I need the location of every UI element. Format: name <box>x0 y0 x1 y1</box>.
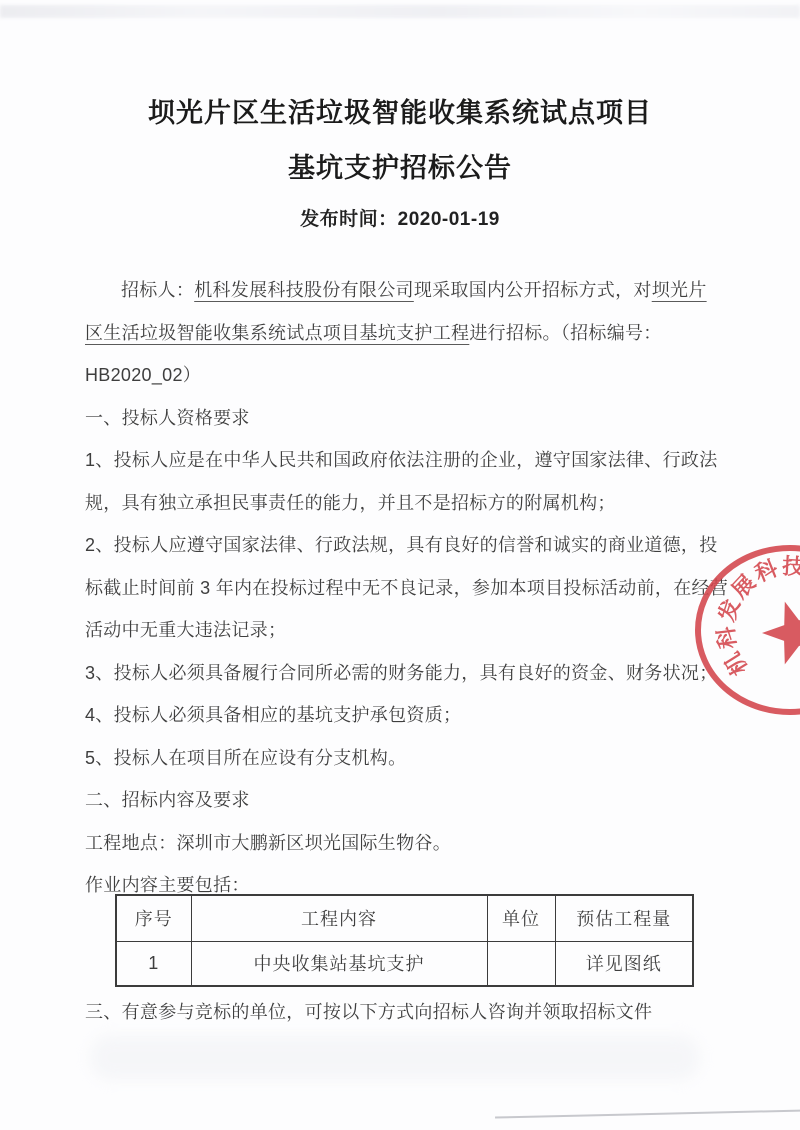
page-title-line2: 基坑支护招标公告 <box>0 152 800 184</box>
document-lines: 招标人：机科发展科技股份有限公司 现采取国内公开招标方式，对坝光片区生活垃圾智能… <box>85 268 725 906</box>
document-line: 二、招标内容及要求 <box>85 778 725 821</box>
text-segment: 工程地点：深圳市大鹏新区坝光国际生物谷。 <box>85 829 451 855</box>
document-line: 区生活垃圾智能收集系统试点项目基坑支护工程进行招标。（招标编号： <box>85 311 725 354</box>
text-segment: 2、投标人应遵守国家法律、行政法规，具有良好的信誉和诚实的商业道德，投 <box>85 531 718 557</box>
text-segment: 1、投标人应是在中华人民共和国政府依法注册的企业，遵守国家法律、行政法 <box>85 446 718 472</box>
document-line: 规，具有独立承担民事责任的能力，并且不是招标方的附属机构； <box>85 481 725 524</box>
document-body: 招标人：机科发展科技股份有限公司 现采取国内公开招标方式，对坝光片区生活垃圾智能… <box>85 268 725 1032</box>
text-segment: 现采取国内公开招标方式，对 <box>414 276 652 302</box>
text-segment: 作业内容主要包括： <box>85 871 250 897</box>
seal-text: 机科发展科技 <box>713 553 800 679</box>
seal-star-icon <box>755 592 800 668</box>
document-line: 1、投标人应是在中华人民共和国政府依法注册的企业，遵守国家法律、行政法 <box>85 438 725 481</box>
page-title-line1: 坝光片区生活垃圾智能收集系统试点项目 <box>0 97 800 129</box>
text-segment: 3、投标人必须具备履行合同所必需的财务能力，具有良好的资金、财务状况； <box>85 659 718 685</box>
text-segment: 进行招标。（招标编号： <box>469 319 661 345</box>
table-row: 1中央收集站基坑支护详见图纸 <box>116 942 693 986</box>
text-segment: HB2020_02） <box>85 361 201 387</box>
table-header-unit: 单位 <box>487 895 555 942</box>
scan-artifact-bottom-edge <box>495 1109 800 1118</box>
scan-artifact-top-band <box>0 5 800 18</box>
text-segment: 招标人： <box>121 276 194 302</box>
seal-character: 科 <box>751 555 782 587</box>
seal-character: 展 <box>727 570 760 603</box>
document-line: HB2020_02） <box>85 353 725 396</box>
document-line: 5、投标人在项目所在应设有分支机构。 <box>85 736 725 779</box>
scan-artifact-smudge <box>90 1035 700 1080</box>
document-line: 活动中无重大违法记录； <box>85 608 725 651</box>
underlined-text: 坝光片 <box>652 276 707 302</box>
scanned-document-page: 坝光片区生活垃圾智能收集系统试点项目 基坑支护招标公告 发布时间：2020-01… <box>0 0 800 1130</box>
text-segment: 一、投标人资格要求 <box>85 404 250 430</box>
text-segment: 二、招标内容及要求 <box>85 786 250 812</box>
table-cell: 中央收集站基坑支护 <box>191 942 487 986</box>
document-line: 招标人：机科发展科技股份有限公司 现采取国内公开招标方式，对坝光片 <box>85 268 725 311</box>
text-segment: 活动中无重大违法记录； <box>85 616 286 642</box>
work-items-table: 序号 工程内容 单位 预估工程量 1中央收集站基坑支护详见图纸 <box>115 894 694 987</box>
table-header-estimate: 预估工程量 <box>555 895 693 942</box>
table-cell: 1 <box>116 942 191 986</box>
document-line: 一、投标人资格要求 <box>85 396 725 439</box>
table-cell: 详见图纸 <box>555 942 693 986</box>
table-header-seq: 序号 <box>116 895 191 942</box>
text-segment: 4、投标人必须具备相应的基坑支护承包资质； <box>85 701 461 727</box>
underlined-text: 区生活垃圾智能收集系统试点项目基坑支护工程 <box>85 319 469 345</box>
document-line: 标截止时间前 3 年内在投标过程中无不良记录，参加本项目投标活动前，在经营 <box>85 566 725 609</box>
table-cell <box>487 942 555 986</box>
closing-line: 三、有意参与竞标的单位，可按以下方式向招标人咨询并领取招标文件 <box>85 990 725 1032</box>
document-line: 工程地点：深圳市大鹏新区坝光国际生物谷。 <box>85 821 725 864</box>
seal-character: 技 <box>782 553 800 579</box>
text-segment: 5、投标人在项目所在应设有分支机构。 <box>85 744 406 770</box>
document-line: 4、投标人必须具备相应的基坑支护承包资质； <box>85 693 725 736</box>
table-header-content: 工程内容 <box>191 895 487 942</box>
table-header-row: 序号 工程内容 单位 预估工程量 <box>116 895 693 942</box>
underlined-text: 机科发展科技股份有限公司 <box>194 276 414 302</box>
document-line: 2、投标人应遵守国家法律、行政法规，具有良好的信誉和诚实的商业道德，投 <box>85 523 725 566</box>
publish-date: 发布时间：2020-01-19 <box>0 204 800 231</box>
text-segment: 标截止时间前 3 年内在投标过程中无不良记录，参加本项目投标活动前，在经营 <box>85 574 728 600</box>
text-segment: 规，具有独立承担民事责任的能力，并且不是招标方的附属机构； <box>85 489 616 515</box>
document-line: 3、投标人必须具备履行合同所必需的财务能力，具有良好的资金、财务状况； <box>85 651 725 694</box>
